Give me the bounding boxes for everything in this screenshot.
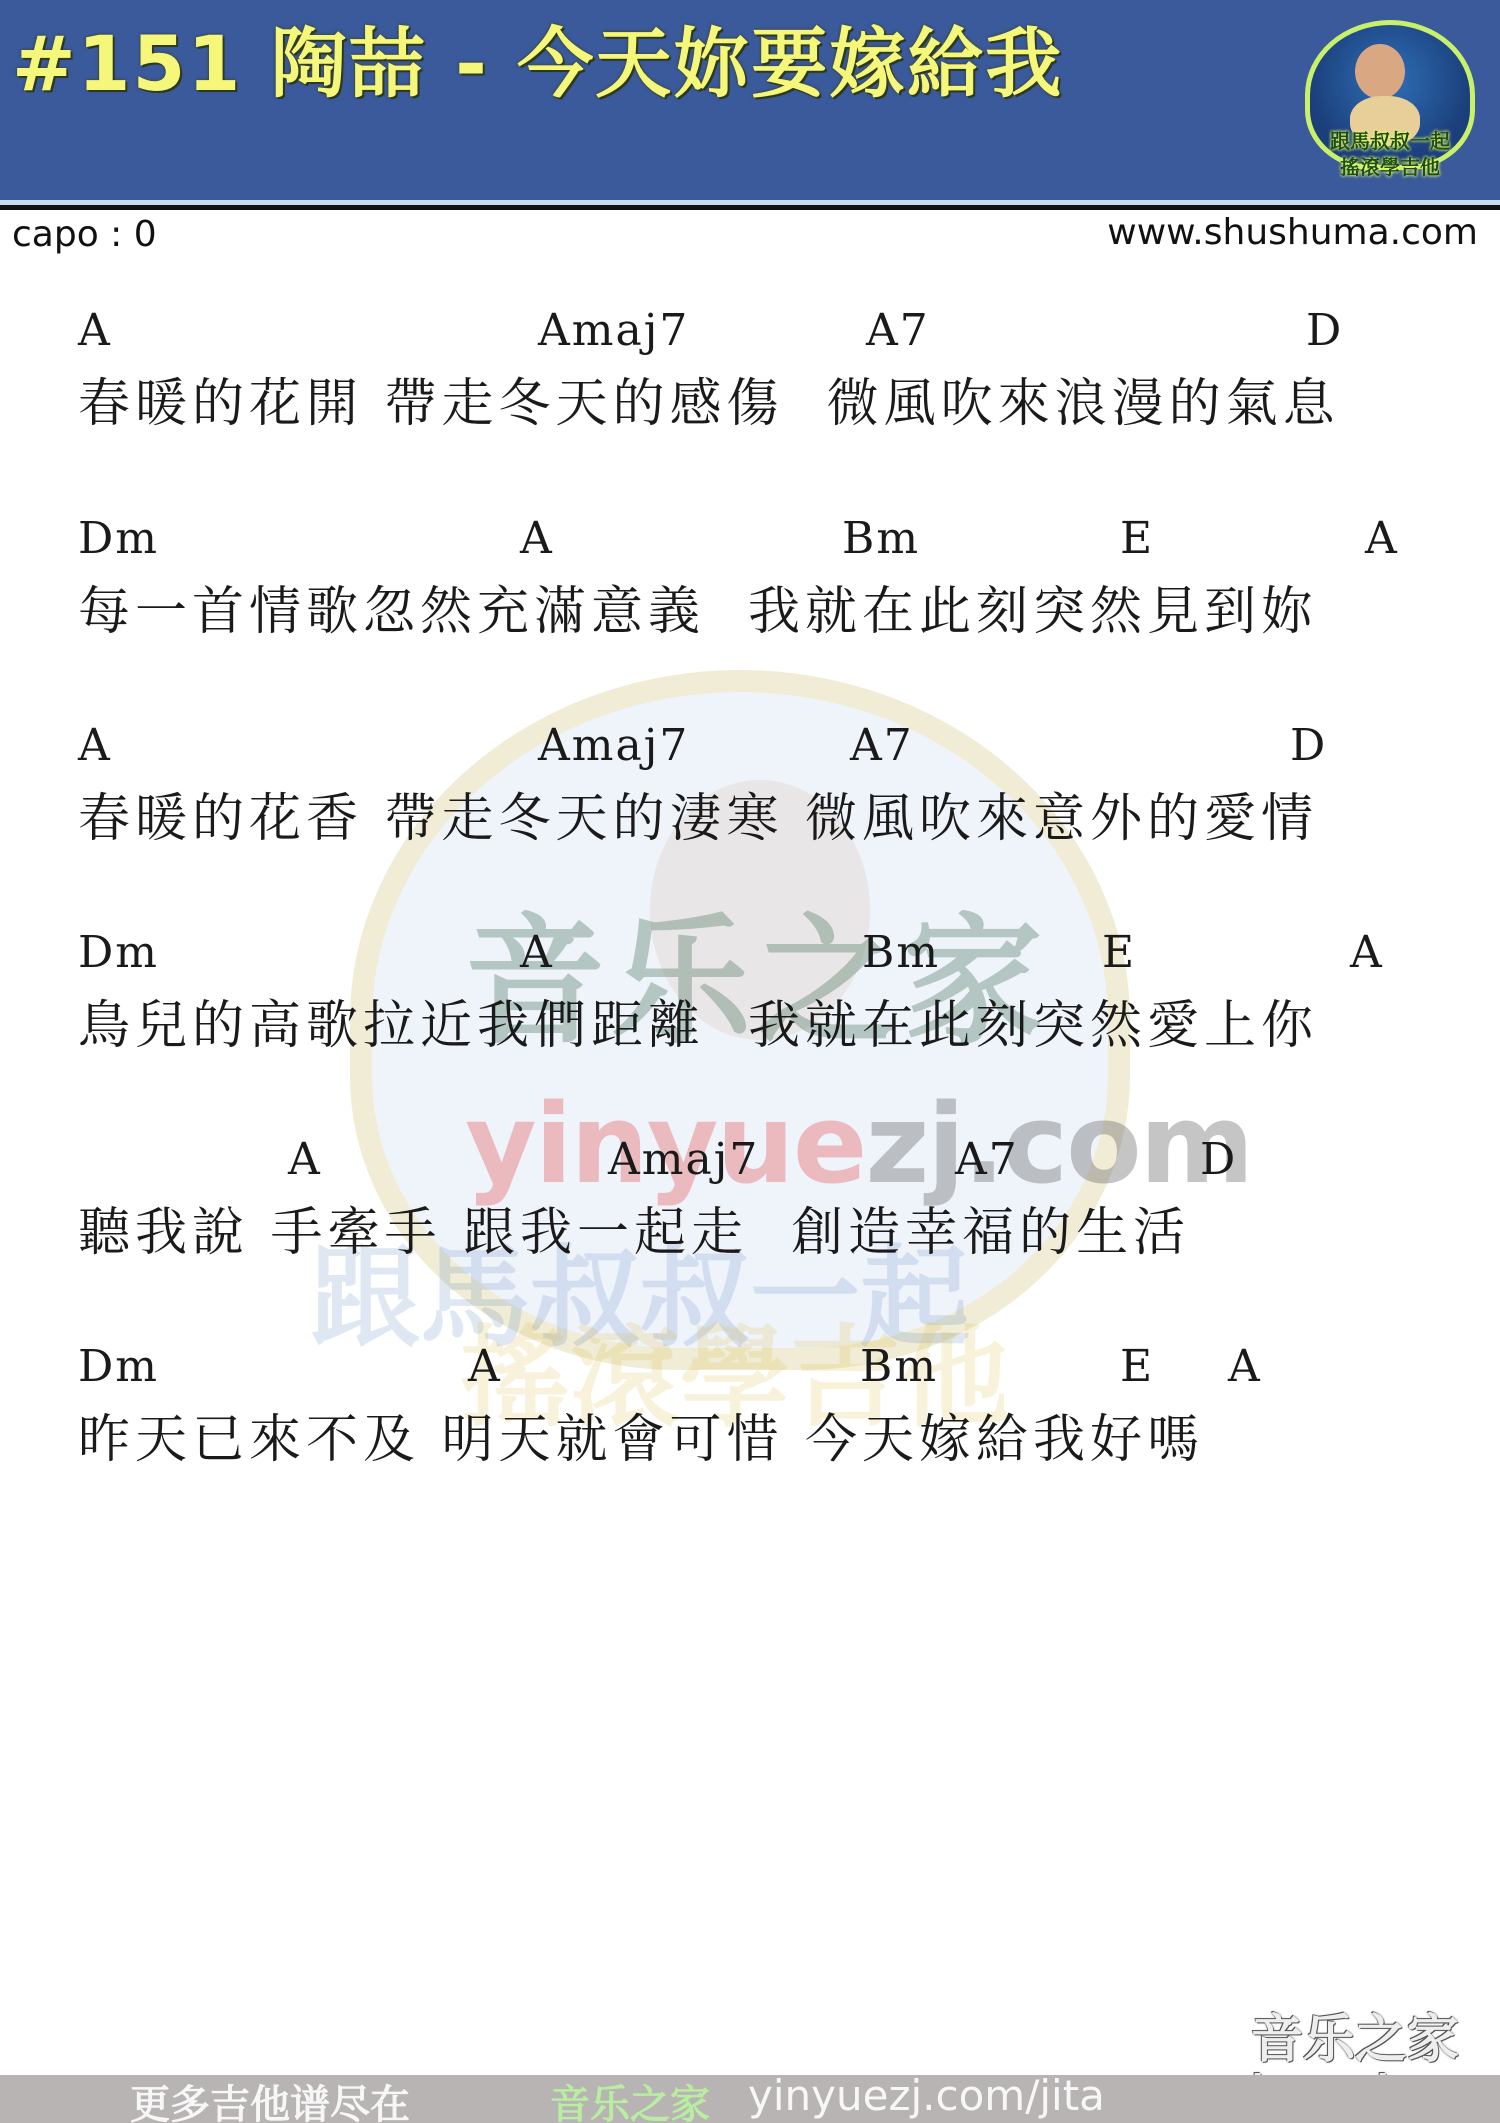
guitarist-face-icon (1355, 44, 1405, 99)
chord: Amaj7 (538, 305, 689, 356)
capo-label: capo : 0 (12, 214, 157, 255)
chord: D (1306, 305, 1343, 356)
chord: Dm (78, 927, 159, 978)
chord: Amaj7 (608, 1134, 759, 1185)
corner-logo-cn: 音乐之家 (1220, 2012, 1490, 2068)
chord: Bm (862, 927, 940, 978)
header-banner: #151 陶喆 - 今天妳要嫁給我 跟馬叔叔一起 搖滾學吉他 (0, 0, 1500, 200)
lyric-line: 春暖的花香 帶走冬天的淒寒 微風吹來意外的愛情 (78, 776, 1318, 851)
chord: Dm (78, 513, 159, 564)
logo-tagline: 跟馬叔叔一起 搖滾學吉他 (1295, 128, 1485, 180)
shushuma-logo: 跟馬叔叔一起 搖滾學吉他 (1295, 16, 1485, 186)
logo-tagline-2: 搖滾學吉他 (1295, 154, 1485, 180)
chord: Dm (78, 1341, 159, 1392)
chord: Bm (842, 513, 920, 564)
chord: A (78, 720, 112, 771)
verse-line-3: A Amaj7 A7 D 春暖的花香 帶走冬天的淒寒 微風吹來意外的愛情 (0, 720, 1500, 860)
lyric-line: 鳥兒的高歌拉近我們距離 我就在此刻突然愛上你 (78, 983, 1318, 1058)
chord: A (468, 1341, 502, 1392)
chord: A (288, 1134, 322, 1185)
lyric-line: 聽我說 手牽手 跟我一起走 創造幸福的生活 (78, 1190, 1190, 1265)
lyric-line: 昨天已來不及 明天就會可惜 今天嫁給我好嗎 (78, 1397, 1204, 1472)
lyric-line: 春暖的花開 帶走冬天的感傷 微風吹來浪漫的氣息 (78, 361, 1340, 436)
chord: Amaj7 (538, 720, 689, 771)
chord: D (1290, 720, 1327, 771)
chord: D (1200, 1134, 1237, 1185)
chord: Bm (860, 1341, 938, 1392)
chord: A (78, 305, 112, 356)
verse-line-4: Dm A Bm E A 鳥兒的高歌拉近我們距離 我就在此刻突然愛上你 (0, 927, 1500, 1067)
footer-brand: 音乐之家 (550, 2073, 710, 2123)
logo-tagline-1: 跟馬叔叔一起 (1295, 128, 1485, 154)
verse-line-2: Dm A Bm E A 每一首情歌忽然充滿意義 我就在此刻突然見到妳 (0, 513, 1500, 653)
song-title: #151 陶喆 - 今天妳要嫁給我 (12, 14, 1063, 114)
chord: E (1120, 513, 1154, 564)
chord: E (1102, 927, 1136, 978)
verse-line-1: A Amaj7 A7 D 春暖的花開 帶走冬天的感傷 微風吹來浪漫的氣息 (0, 305, 1500, 445)
chord: A (1365, 513, 1399, 564)
chord: A (1350, 927, 1384, 978)
footer-more-text: 更多吉他谱尽在 (130, 2073, 410, 2123)
chord: A7 (866, 305, 930, 356)
footer-url-link[interactable]: yinyuezj.com/jita (748, 2071, 1105, 2120)
chord: A7 (850, 720, 914, 771)
chord: A (520, 513, 554, 564)
chord: A7 (955, 1134, 1019, 1185)
chord: A (1228, 1341, 1262, 1392)
lyric-line: 每一首情歌忽然充滿意義 我就在此刻突然見到妳 (78, 569, 1318, 644)
chorus-line-2: Dm A Bm E A 昨天已來不及 明天就會可惜 今天嫁給我好嗎 (0, 1341, 1500, 1481)
chord: E (1120, 1341, 1154, 1392)
website-link[interactable]: www.shushuma.com (1107, 212, 1478, 253)
chord: A (520, 927, 554, 978)
header-divider-dark (0, 205, 1500, 210)
chorus-line-1: A Amaj7 A7 D 聽我說 手牽手 跟我一起走 創造幸福的生活 (0, 1134, 1500, 1274)
